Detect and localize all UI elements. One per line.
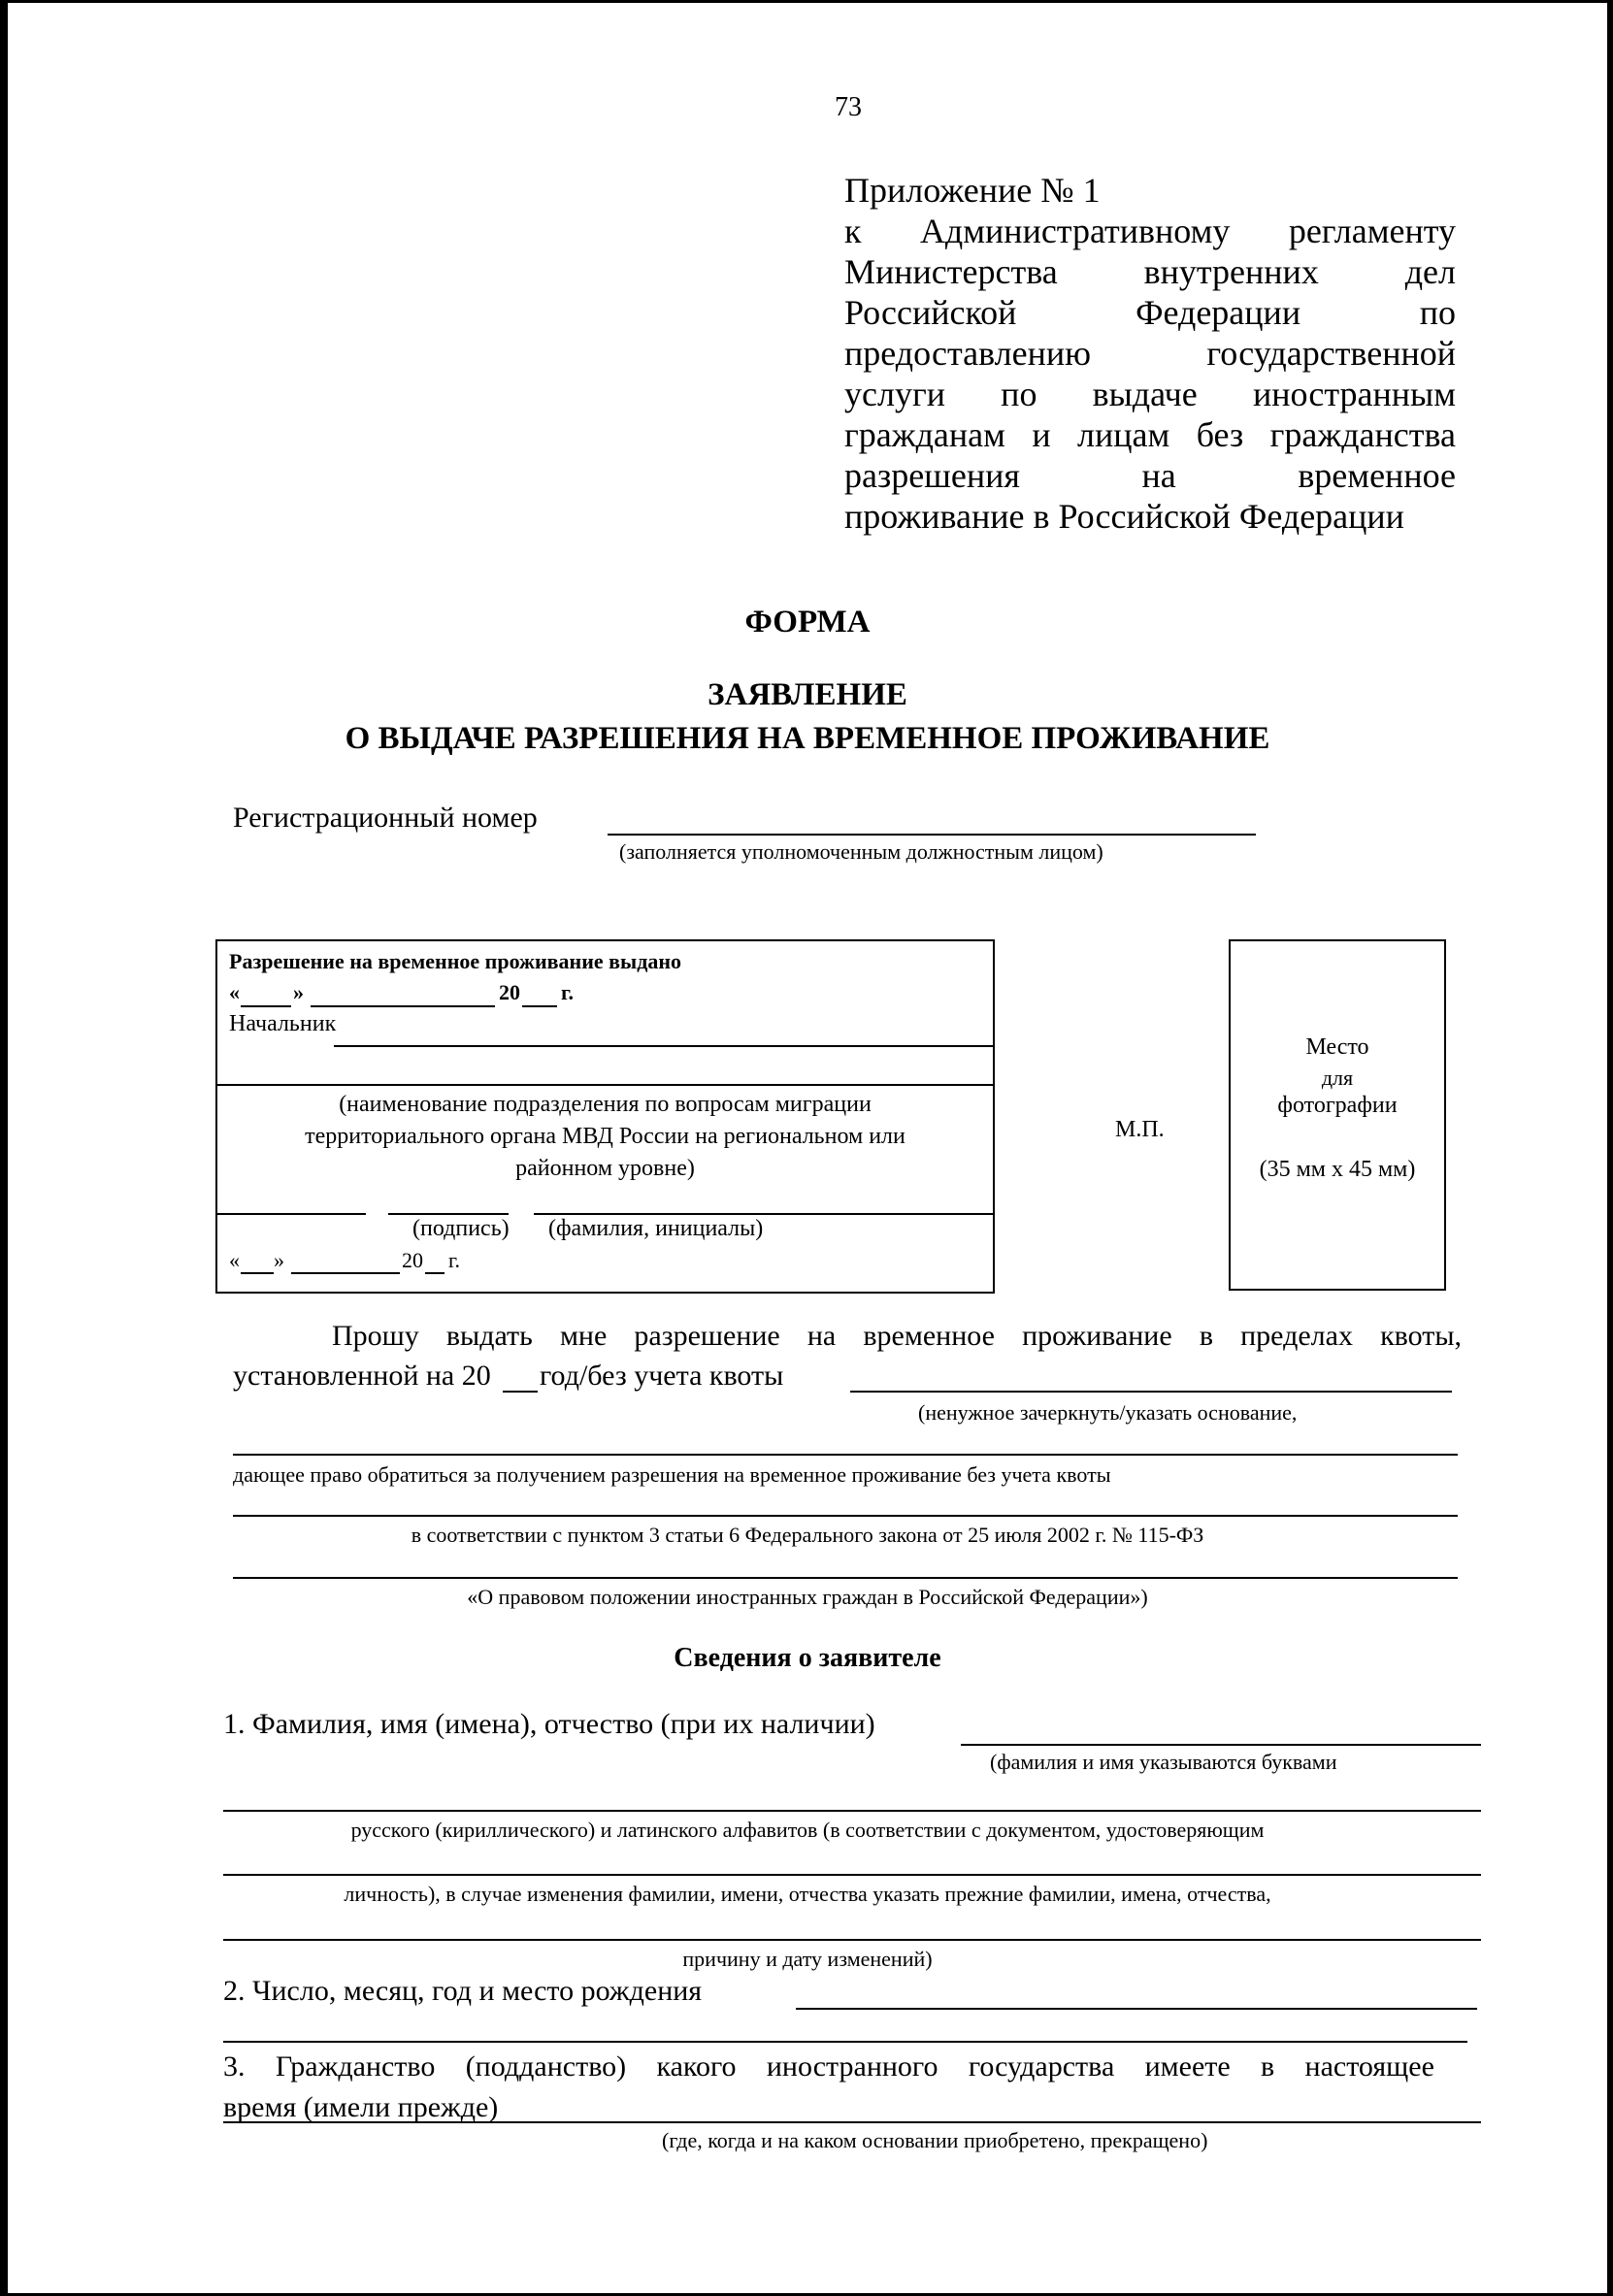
appendix-word: по bbox=[1420, 292, 1456, 333]
q3-citizenship-field[interactable] bbox=[223, 2121, 1481, 2123]
document-title: ЗАЯВЛЕНИЕ bbox=[8, 677, 1607, 713]
appendix-word: иностранным bbox=[1253, 374, 1456, 414]
appendix-line: разрешениянавременное bbox=[844, 455, 1456, 496]
request-word: Прошу bbox=[332, 1320, 419, 1353]
appendix-word: дел bbox=[1405, 251, 1456, 292]
appendix-word: по bbox=[1001, 374, 1037, 414]
request-word: мне bbox=[560, 1320, 607, 1353]
appendix-word: Федерации bbox=[1136, 292, 1300, 333]
request-word: на bbox=[807, 1320, 836, 1353]
appendix-word: к bbox=[844, 211, 862, 251]
quota-hint-4: «О правовом положении иностранных гражда… bbox=[8, 1585, 1607, 1610]
permit-day-field[interactable] bbox=[241, 1005, 291, 1007]
appendix-reference: Приложение № 1кАдминистративномурегламен… bbox=[844, 170, 1456, 537]
appendix-line: гражданамилицамбезгражданства bbox=[844, 414, 1456, 455]
appendix-line: кАдминистративномурегламенту bbox=[844, 211, 1456, 251]
chief-field[interactable] bbox=[334, 1045, 993, 1047]
appendix-word: государственной bbox=[1206, 333, 1456, 374]
page-number: 73 bbox=[835, 92, 862, 123]
date2-year-prefix: 20 bbox=[402, 1248, 423, 1273]
department-hint: (наименование подразделения по вопросам … bbox=[217, 1089, 993, 1185]
q3-label-line2: время (имели прежде) bbox=[223, 2091, 498, 2124]
chief-label: Начальник bbox=[229, 1011, 336, 1037]
photo-label-line1: Место bbox=[1231, 1034, 1444, 1061]
quota-basis-field-3[interactable] bbox=[233, 1515, 1458, 1517]
q1-full-name-field-2[interactable] bbox=[223, 1810, 1481, 1812]
request-word: квоты, bbox=[1380, 1320, 1462, 1353]
quota-basis-field-2[interactable] bbox=[233, 1454, 1458, 1456]
permit-date-open-quote: « bbox=[229, 980, 240, 1005]
permit-date-close-quote: » bbox=[293, 980, 304, 1005]
permit-heading: Разрешение на временное проживание выдан… bbox=[229, 949, 681, 974]
appendix-word: Приложение № 1 bbox=[844, 170, 1101, 211]
date2-close-quote: » bbox=[274, 1248, 284, 1273]
q3-word: Гражданство bbox=[276, 2050, 436, 2083]
request-line2-prefix: установленной на 20 bbox=[233, 1360, 491, 1393]
q3-word: настоящее bbox=[1305, 2050, 1434, 2083]
q1-full-name-field-1[interactable] bbox=[961, 1744, 1481, 1746]
permit-issued-box: Разрешение на временное проживание выдан… bbox=[215, 939, 995, 1294]
appendix-word: Административному bbox=[920, 211, 1230, 251]
document-page: 73 Приложение № 1кАдминистративномурегла… bbox=[8, 3, 1607, 2293]
q3-word: имеете bbox=[1145, 2050, 1231, 2083]
appendix-word: временное bbox=[1298, 455, 1456, 496]
registration-number-field[interactable] bbox=[608, 834, 1256, 836]
appendix-line: проживание в Российской Федерации bbox=[844, 496, 1456, 537]
q1-hint-1: (фамилия и имя указываются буквами bbox=[990, 1750, 1336, 1775]
q3-hint: (где, когда и на каком основании приобре… bbox=[662, 2128, 1207, 2153]
document-subtitle: О ВЫДАЧЕ РАЗРЕШЕНИЯ НА ВРЕМЕННОЕ ПРОЖИВА… bbox=[8, 721, 1607, 757]
q1-hint-3: личность), в случае изменения фамилии, и… bbox=[8, 1882, 1607, 1907]
permit-month-field[interactable] bbox=[311, 1005, 495, 1007]
photo-placeholder-box[interactable]: Место для фотографии (35 мм х 45 мм) bbox=[1229, 939, 1446, 1291]
appendix-word: гражданам bbox=[844, 414, 1005, 455]
appendix-word: лицам bbox=[1077, 414, 1169, 455]
appendix-word: услуги bbox=[844, 374, 945, 414]
appendix-line: услугиповыдачеиностранным bbox=[844, 374, 1456, 414]
request-word: в bbox=[1200, 1320, 1213, 1353]
appendix-line: предоставлениюгосударственной bbox=[844, 333, 1456, 374]
date2-day-field[interactable] bbox=[241, 1272, 274, 1274]
request-word: временное bbox=[863, 1320, 995, 1353]
form-label: ФОРМА bbox=[8, 605, 1607, 640]
request-word: пределах bbox=[1240, 1320, 1353, 1353]
appendix-word: выдаче bbox=[1093, 374, 1198, 414]
q1-hint-4: причину и дату изменений) bbox=[8, 1947, 1607, 1972]
department-hint-line: (наименование подразделения по вопросам … bbox=[217, 1089, 993, 1121]
permit-year-prefix: 20 bbox=[499, 980, 520, 1005]
name-initials-field[interactable] bbox=[534, 1213, 993, 1215]
request-word: проживание bbox=[1022, 1320, 1172, 1353]
stamp-place-label: М.П. bbox=[1115, 1117, 1165, 1143]
q1-full-name-field-3[interactable] bbox=[223, 1874, 1481, 1876]
appendix-word: внутренних bbox=[1144, 251, 1319, 292]
q3-word: какого bbox=[656, 2050, 736, 2083]
q3-word: (подданство) bbox=[466, 2050, 626, 2083]
photo-size: (35 мм х 45 мм) bbox=[1231, 1157, 1444, 1183]
appendix-word: Министерства bbox=[844, 251, 1058, 292]
request-word: выдать bbox=[446, 1320, 533, 1353]
date2-month-field[interactable] bbox=[291, 1272, 400, 1274]
request-line2-suffix: год/без учета квоты bbox=[540, 1360, 783, 1393]
q2-birth-field-1[interactable] bbox=[796, 2008, 1477, 2010]
quota-hint-2: дающее право обратиться за получением ра… bbox=[233, 1462, 1110, 1488]
q2-label: 2. Число, месяц, год и место рождения bbox=[223, 1975, 702, 2008]
request-word: разрешение bbox=[634, 1320, 779, 1353]
quota-basis-field-4[interactable] bbox=[233, 1577, 1458, 1579]
appendix-word: разрешения bbox=[844, 455, 1020, 496]
department-hint-line: районном уровне) bbox=[217, 1153, 993, 1185]
appendix-word: Российской bbox=[844, 292, 1016, 333]
q3-label-line1: 3.Гражданство(подданство)какогоиностранн… bbox=[223, 2050, 1434, 2083]
q1-full-name-field-4[interactable] bbox=[223, 1939, 1481, 1941]
date2-open-quote: « bbox=[229, 1248, 240, 1273]
appendix-line: Министерствавнутреннихдел bbox=[844, 251, 1456, 292]
photo-label-line2: для bbox=[1231, 1066, 1444, 1091]
q3-word: в bbox=[1261, 2050, 1274, 2083]
q3-word: государства bbox=[969, 2050, 1114, 2083]
box-divider bbox=[217, 1084, 993, 1086]
quota-year-field[interactable] bbox=[503, 1391, 538, 1393]
quota-hint-3: в соответствии с пунктом 3 статьи 6 Феде… bbox=[8, 1523, 1607, 1548]
appendix-line: РоссийскойФедерациипо bbox=[844, 292, 1456, 333]
request-line1: Прошувыдатьмнеразрешениенавременноепрожи… bbox=[332, 1320, 1462, 1353]
appendix-word: предоставлению bbox=[844, 333, 1091, 374]
date2-year-suffix: г. bbox=[448, 1248, 460, 1273]
signature-field[interactable] bbox=[388, 1213, 509, 1215]
q1-hint-2: русского (кириллического) и латинского а… bbox=[8, 1818, 1607, 1843]
department-hint-line: территориального органа МВД России на ре… bbox=[217, 1121, 993, 1153]
permit-year-suffix: г. bbox=[561, 980, 574, 1005]
applicant-section-title: Сведения о заявителе bbox=[8, 1643, 1607, 1674]
q3-word: 3. bbox=[223, 2050, 246, 2083]
quota-hint-1: (ненужное зачеркнуть/указать основание, bbox=[918, 1400, 1297, 1426]
appendix-word: и bbox=[1032, 414, 1050, 455]
appendix-word: гражданства bbox=[1270, 414, 1456, 455]
date2-year-field[interactable] bbox=[425, 1272, 444, 1274]
registration-number-label: Регистрационный номер bbox=[233, 802, 538, 835]
q1-label: 1. Фамилия, имя (имена), отчество (при и… bbox=[223, 1708, 875, 1741]
permit-year-field[interactable] bbox=[522, 1005, 557, 1007]
quota-basis-field-1[interactable] bbox=[850, 1391, 1452, 1393]
registration-number-hint: (заполняется уполномоченным должностным … bbox=[619, 839, 1103, 865]
appendix-word: регламенту bbox=[1289, 211, 1456, 251]
appendix-word: проживание в Российской Федерации bbox=[844, 496, 1404, 537]
photo-label-line3: фотографии bbox=[1231, 1093, 1444, 1119]
name-initials-hint: (фамилия, инициалы) bbox=[548, 1216, 763, 1242]
appendix-word: без bbox=[1197, 414, 1243, 455]
appendix-line: Приложение № 1 bbox=[844, 170, 1456, 211]
position-field[interactable] bbox=[217, 1213, 366, 1215]
appendix-word: на bbox=[1142, 455, 1176, 496]
signature-hint: (подпись) bbox=[412, 1216, 510, 1242]
q2-birth-field-2[interactable] bbox=[223, 2041, 1467, 2043]
q3-word: иностранного bbox=[767, 2050, 938, 2083]
